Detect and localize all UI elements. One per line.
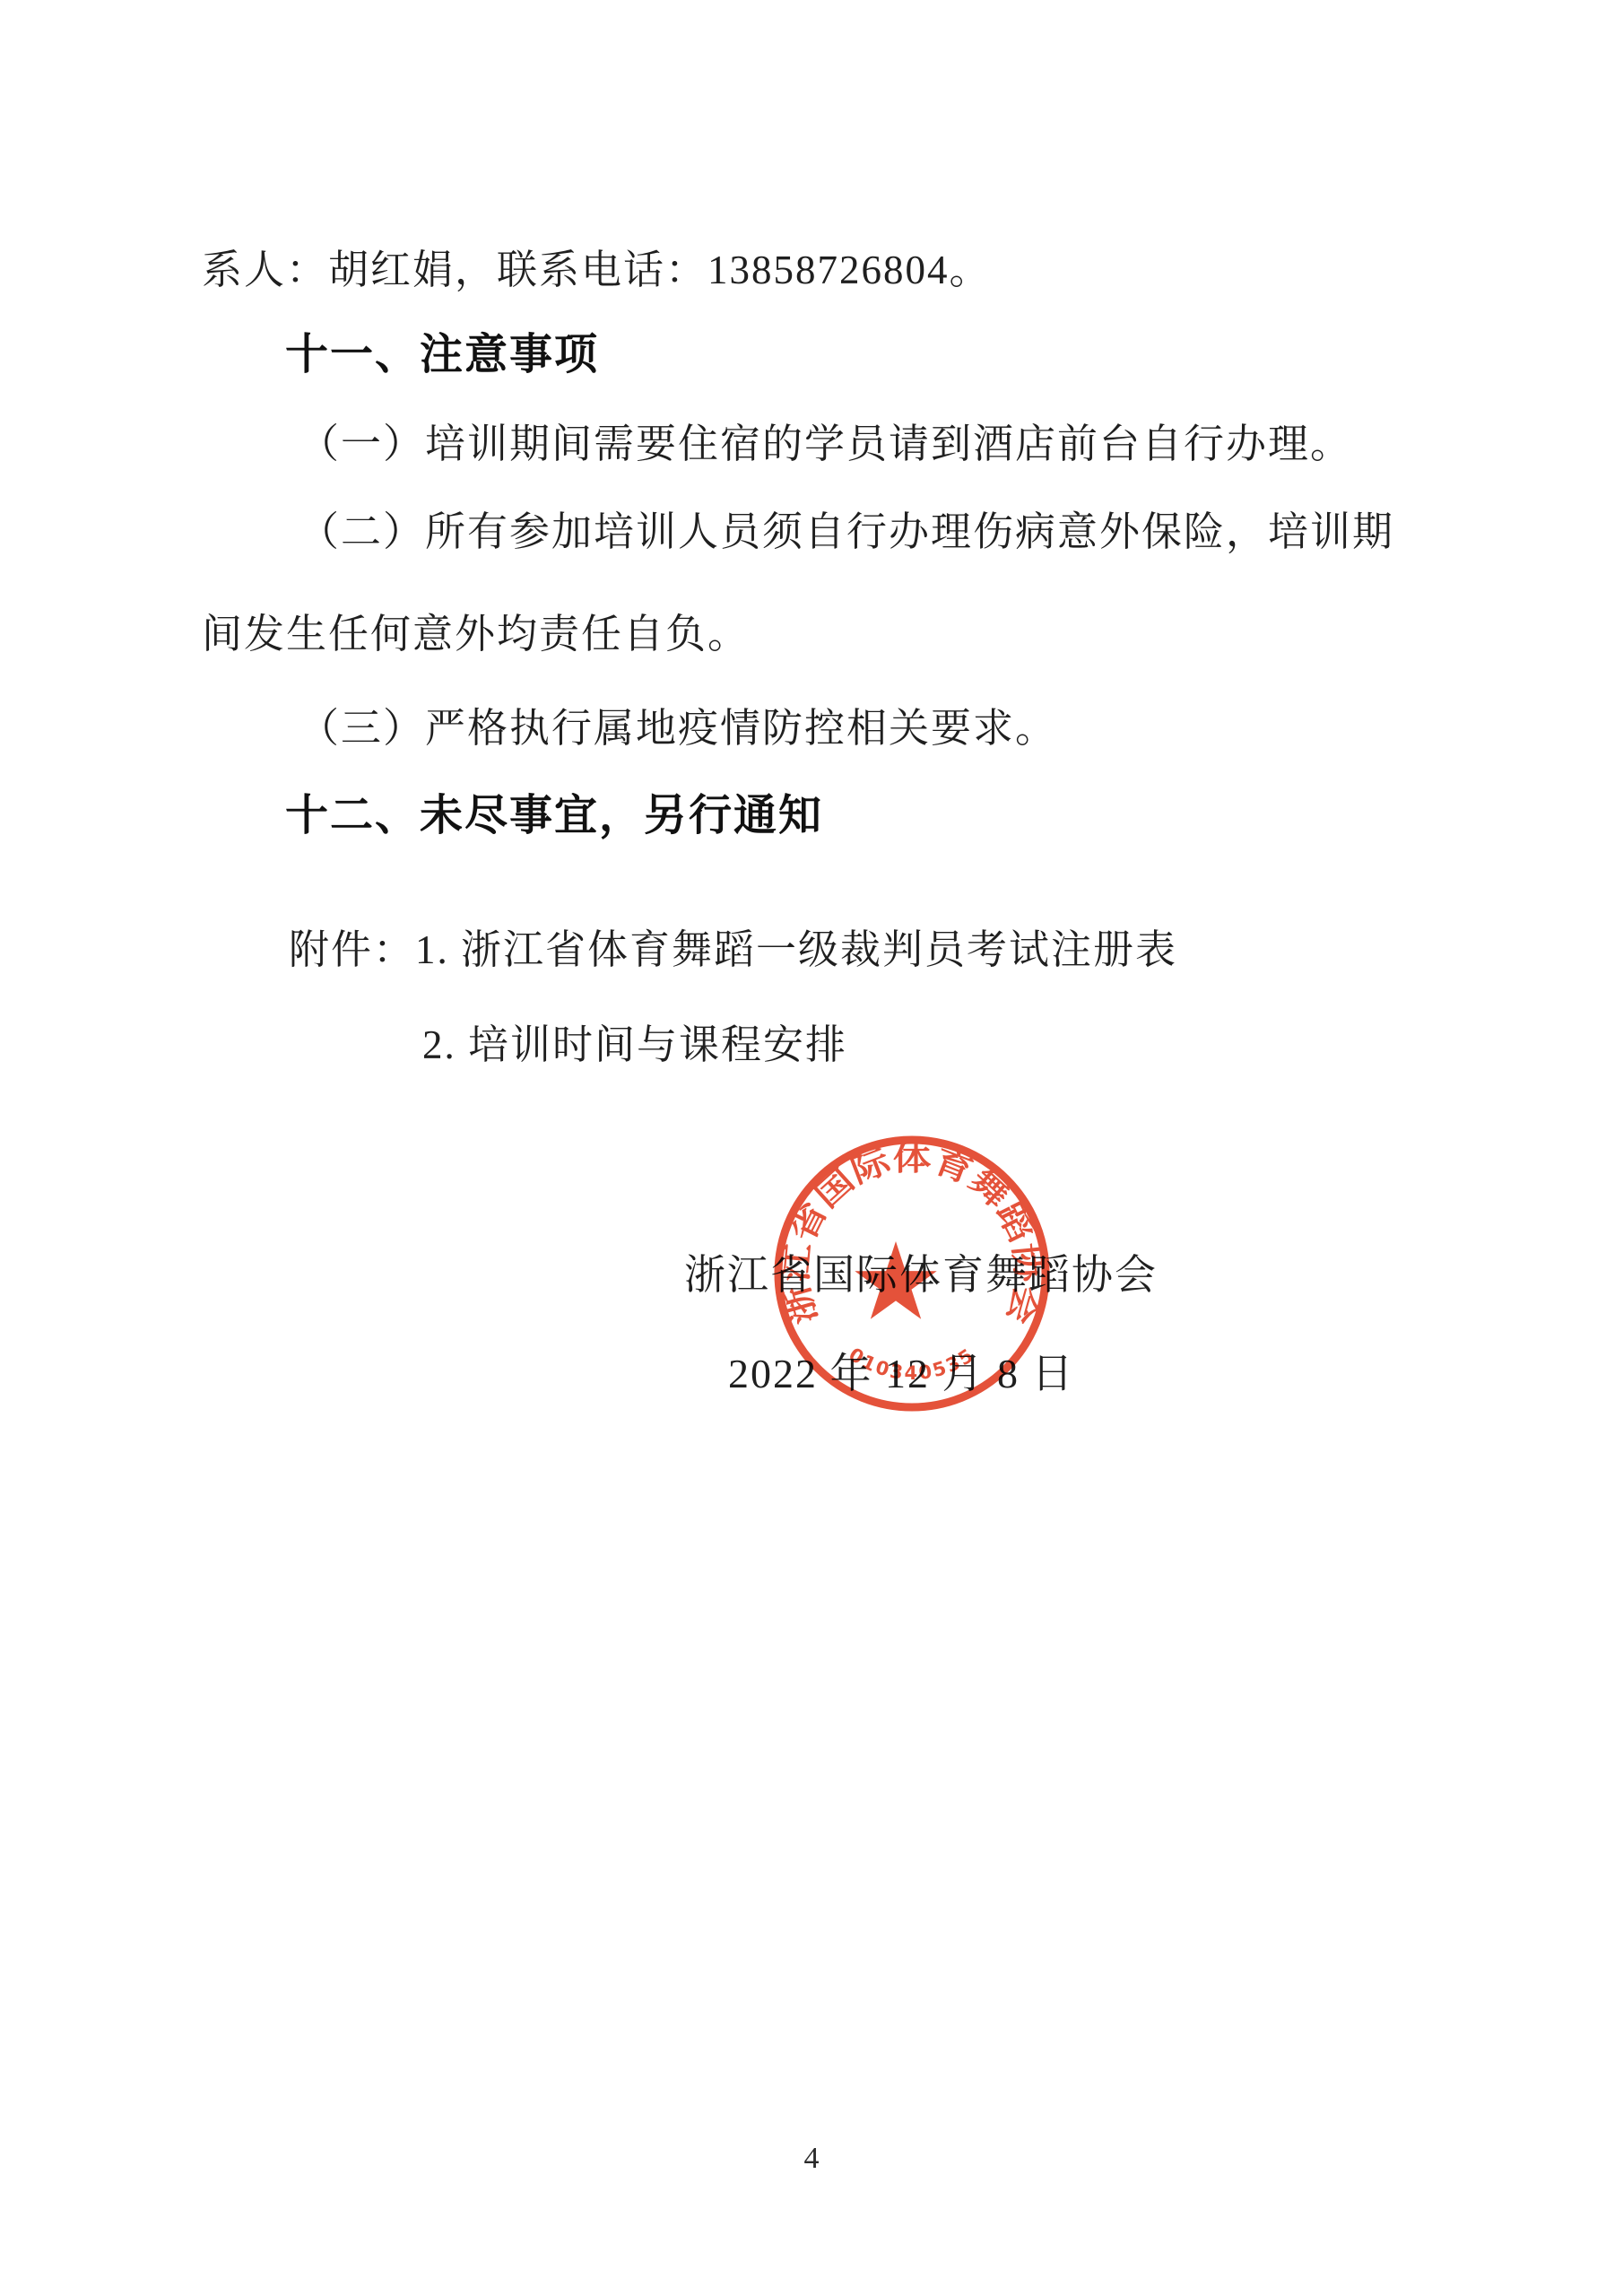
page-number: 4: [0, 2142, 1623, 2176]
attachment-line-1: 附件：1. 浙江省体育舞蹈一级裁判员考试注册表: [289, 929, 1177, 971]
seal-star-icon: [855, 1241, 936, 1319]
note-item-1: （一）培训期间需要住宿的学员请到酒店前台自行办理。: [299, 423, 1352, 465]
attachment-line-2: 2. 培训时间与课程安排: [422, 1024, 847, 1066]
attachment-item-1: 1. 浙江省体育舞蹈一级裁判员考试注册表: [415, 927, 1177, 972]
attachment-label: 附件：: [289, 927, 415, 972]
section-heading-12: 十二、未尽事宜，另行通知: [285, 795, 823, 837]
note-item-3: （三）严格执行属地疫情防控相关要求。: [299, 708, 1057, 750]
official-seal: 浙江省国际体育舞蹈协会 3301034053568: [768, 1130, 1055, 1417]
note-item-2-line2: 间发生任何意外均责任自负。: [202, 613, 750, 656]
note-item-2-line1: （二）所有参加培训人员须自行办理伤病意外保险，培训期: [299, 511, 1394, 553]
document-page: 系人：胡红娟，联系电话：13858726804。 十一、注意事项 （一）培训期间…: [0, 0, 1623, 2296]
contact-line: 系人：胡红娟，联系电话：13858726804。: [202, 249, 992, 291]
section-heading-11: 十一、注意事项: [285, 334, 599, 376]
